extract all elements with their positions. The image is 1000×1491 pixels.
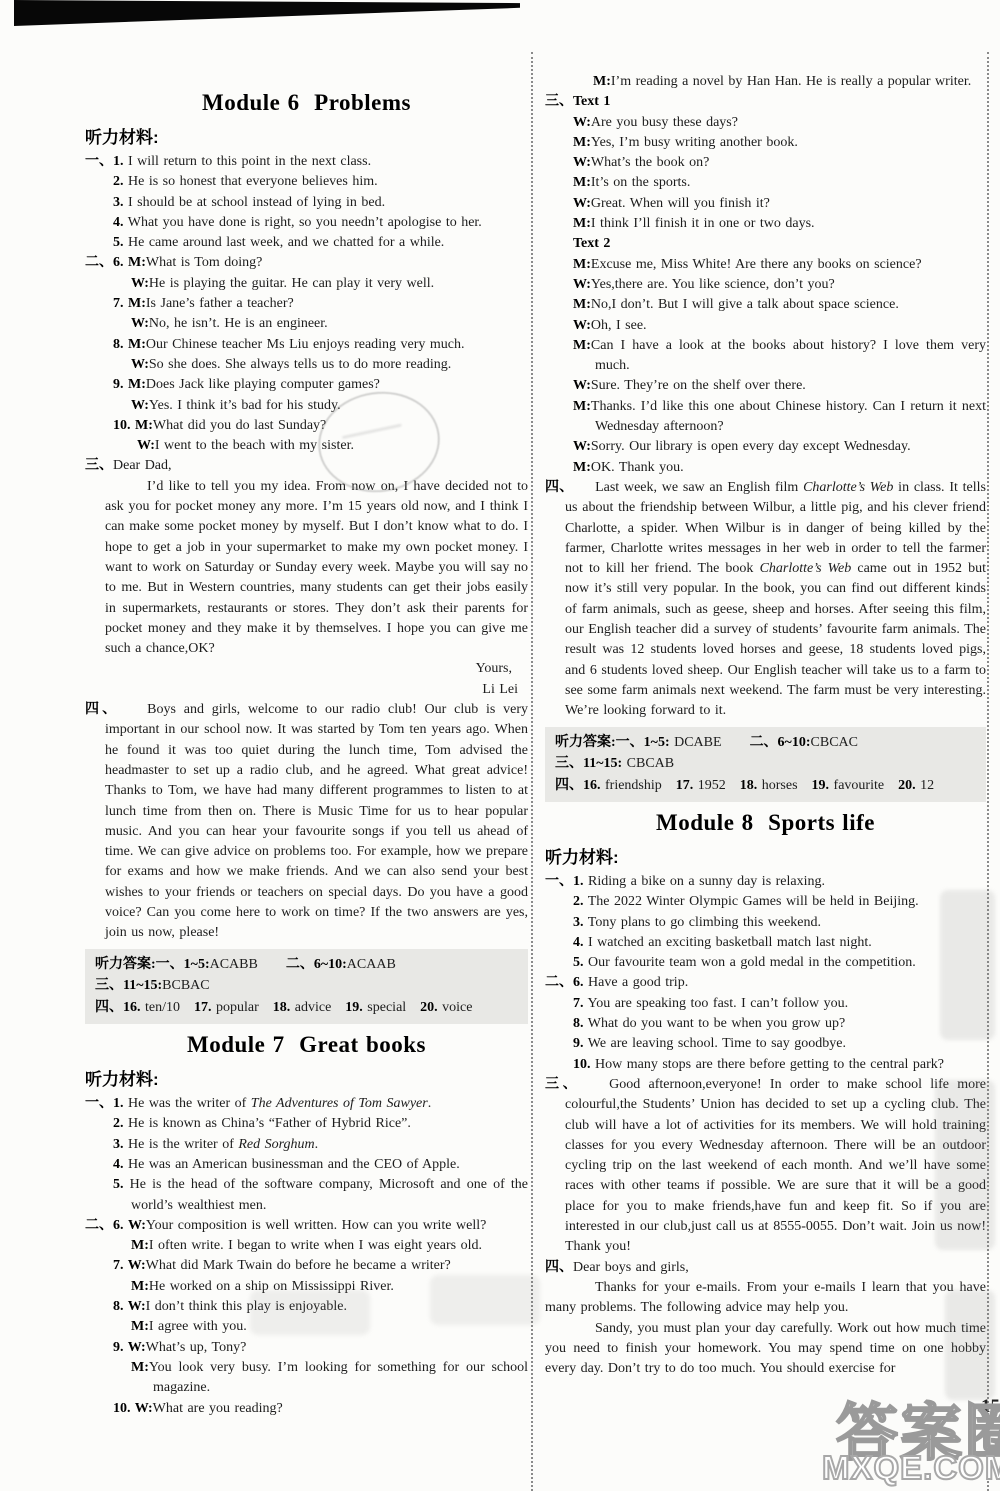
script-line: 一、1. I will return to this point in the … bbox=[85, 152, 528, 172]
script-line: 7. M:Is Jane’s father a teacher? bbox=[85, 294, 528, 314]
script-line: 一、1. Riding a bike on a sunny day is rel… bbox=[545, 872, 986, 892]
script-line: W:No, he isn’t. He is an engineer. bbox=[85, 314, 528, 334]
script-line: 3. He is the writer of Red Sorghum. bbox=[85, 1135, 528, 1155]
script-line: 三、Text 1 bbox=[545, 92, 986, 112]
section-label: 听力材料: bbox=[85, 126, 528, 150]
right-column: M:I’m reading a novel by Han Han. He is … bbox=[545, 72, 986, 1379]
script-line: 4. He was an American businessman and th… bbox=[85, 1155, 528, 1175]
script-line: W:Great. When will you finish it? bbox=[545, 194, 986, 214]
answer-line: 三、11~15: CBCAB bbox=[555, 753, 976, 775]
script-line: 10. M:What did you do last Sunday? bbox=[85, 416, 528, 436]
script-line: 2. He is known as China’s “Father of Hyb… bbox=[85, 1114, 528, 1134]
script-line: M:You look very busy. I’m looking for so… bbox=[85, 1358, 528, 1399]
faint-watermark-mark bbox=[250, 1290, 370, 1335]
script-line: W:Yes,there are. You like science, don’t… bbox=[545, 275, 986, 295]
site-watermark: MXQE.COM bbox=[822, 1449, 1000, 1487]
answer-line: 四、16. friendship 17. 1952 18. horses 19.… bbox=[555, 775, 976, 797]
script-line: 4. What you have done is right, so you n… bbox=[85, 213, 528, 233]
script-line: 2. The 2022 Winter Olympic Games will be… bbox=[545, 892, 986, 912]
answer-line: 听力答案:一、1~5: DCABE 二、6~10:CBCAC bbox=[555, 732, 976, 754]
script-line: M:Can I have a look at the books about h… bbox=[545, 336, 986, 377]
script-line: 7. You are speaking too fast. I can’t fo… bbox=[545, 994, 986, 1014]
script-line: 3. I should be at school instead of lyin… bbox=[85, 193, 528, 213]
script-line: 7. W:What did Mark Twain do before he be… bbox=[85, 1256, 528, 1276]
script-line: M:It’s on the sports. bbox=[545, 173, 986, 193]
script-line: Yours, bbox=[85, 659, 528, 679]
answer-box: 听力答案:一、1~5:ACABB 二、6~10:ACAAB三、11~15:BCB… bbox=[85, 949, 528, 1025]
script-paragraph: Sandy, you must plan your day carefully.… bbox=[545, 1319, 986, 1380]
section-label: 听力材料: bbox=[85, 1068, 528, 1092]
script-line: M:I think I’ll finish it in one or two d… bbox=[545, 214, 986, 234]
script-line: M:Yes, I’m busy writing another book. bbox=[545, 133, 986, 153]
script-line: 一、1. He was the writer of The Adventures… bbox=[85, 1094, 528, 1114]
script-line: M:No,I don’t. But I will give a talk abo… bbox=[545, 295, 986, 315]
faint-watermark-mark bbox=[430, 1275, 540, 1325]
script-line: 4. I watched an exciting basketball matc… bbox=[545, 933, 986, 953]
script-line: 8. M:Our Chinese teacher Ms Liu enjoys r… bbox=[85, 335, 528, 355]
answer-line: 四、16. ten/10 17. popular 18. advice 19. … bbox=[95, 997, 518, 1019]
script-line: Li Lei bbox=[85, 680, 528, 700]
left-column: Module 6 Problems听力材料:一、1. I will return… bbox=[85, 84, 528, 1419]
script-line: M:OK. Thank you. bbox=[545, 458, 986, 478]
script-line: 二、6. W:Your composition is well written.… bbox=[85, 1216, 528, 1236]
script-line: M:I’m reading a novel by Han Han. He is … bbox=[545, 72, 986, 92]
script-line: W:I went to the beach with my sister. bbox=[85, 436, 528, 456]
script-line: 10. W:What are you reading? bbox=[85, 1399, 528, 1419]
script-line: 9. M:Does Jack like playing computer gam… bbox=[85, 375, 528, 395]
script-line: 二、6. Have a good trip. bbox=[545, 973, 986, 993]
script-line: 2. He is so honest that everyone believe… bbox=[85, 172, 528, 192]
script-line: 9. We are leaving school. Time to say go… bbox=[545, 1034, 986, 1054]
answer-line: 听力答案:一、1~5:ACABB 二、6~10:ACAAB bbox=[95, 954, 518, 976]
script-line: 3. Tony plans to go climbing this weeken… bbox=[545, 913, 986, 933]
script-paragraph: Thanks for your e-mails. From your e-mai… bbox=[545, 1278, 986, 1319]
script-line: 三、Dear Dad, bbox=[85, 456, 528, 476]
script-line: M:Excuse me, Miss White! Are there any b… bbox=[545, 255, 986, 275]
script-paragraph: 四、 Boys and girls, welcome to our radio … bbox=[85, 700, 528, 944]
script-line: W:Are you busy these days? bbox=[545, 113, 986, 133]
scanned-workbook-page: { "page_number": "157", "watermarks": { … bbox=[0, 0, 1000, 1491]
answer-box: 听力答案:一、1~5: DCABE 二、6~10:CBCAC三、11~15: C… bbox=[545, 727, 986, 803]
script-line: 四、Dear boys and girls, bbox=[545, 1258, 986, 1278]
script-paragraph: I’d like to tell you my idea. From now o… bbox=[85, 477, 528, 660]
scan-shadow-wedge bbox=[14, 0, 520, 26]
script-line: 5. He came around last week, and we chat… bbox=[85, 233, 528, 253]
script-line: W:Oh, I see. bbox=[545, 316, 986, 336]
faint-margin-mark bbox=[940, 890, 995, 1040]
script-line: 5. Our favourite team won a gold medal i… bbox=[545, 953, 986, 973]
script-line: W:Sorry. Our library is open every day e… bbox=[545, 437, 986, 457]
module-title: Module 8 Sports life bbox=[545, 808, 986, 838]
script-line: W:He is playing the guitar. He can play … bbox=[85, 274, 528, 294]
script-paragraph: 四、 Last week, we saw an English film Cha… bbox=[545, 478, 986, 722]
script-line: 10. How many stops are there before gett… bbox=[545, 1055, 986, 1075]
script-line: 5. He is the head of the software compan… bbox=[85, 1175, 528, 1216]
page-edge-dotted-rule bbox=[987, 52, 989, 1491]
module-title: Module 7 Great books bbox=[85, 1030, 528, 1060]
answer-line: 三、11~15:BCBAC bbox=[95, 975, 518, 997]
script-line: M:I often write. I began to write when I… bbox=[85, 1236, 528, 1256]
script-line: W:Yes. I think it’s bad for his study. bbox=[85, 396, 528, 416]
faint-margin-mark bbox=[935, 1080, 995, 1250]
script-line: W:So she does. She always tells us to do… bbox=[85, 355, 528, 375]
script-line: 二、6. M:What is Tom doing? bbox=[85, 253, 528, 273]
script-line: W:Sure. They’re on the shelf over there. bbox=[545, 376, 986, 396]
section-label: 听力材料: bbox=[545, 846, 986, 870]
script-line: 9. W:What’s up, Tony? bbox=[85, 1338, 528, 1358]
script-line: W:What’s the book on? bbox=[545, 153, 986, 173]
script-paragraph: 三、 Good afternoon,everyone! In order to … bbox=[545, 1075, 986, 1258]
script-line: M:Thanks. I’d like this one about Chines… bbox=[545, 397, 986, 438]
module-title: Module 6 Problems bbox=[85, 88, 528, 118]
script-line: Text 2 bbox=[545, 234, 986, 254]
script-line: 8. What do you want to be when you grow … bbox=[545, 1014, 986, 1034]
